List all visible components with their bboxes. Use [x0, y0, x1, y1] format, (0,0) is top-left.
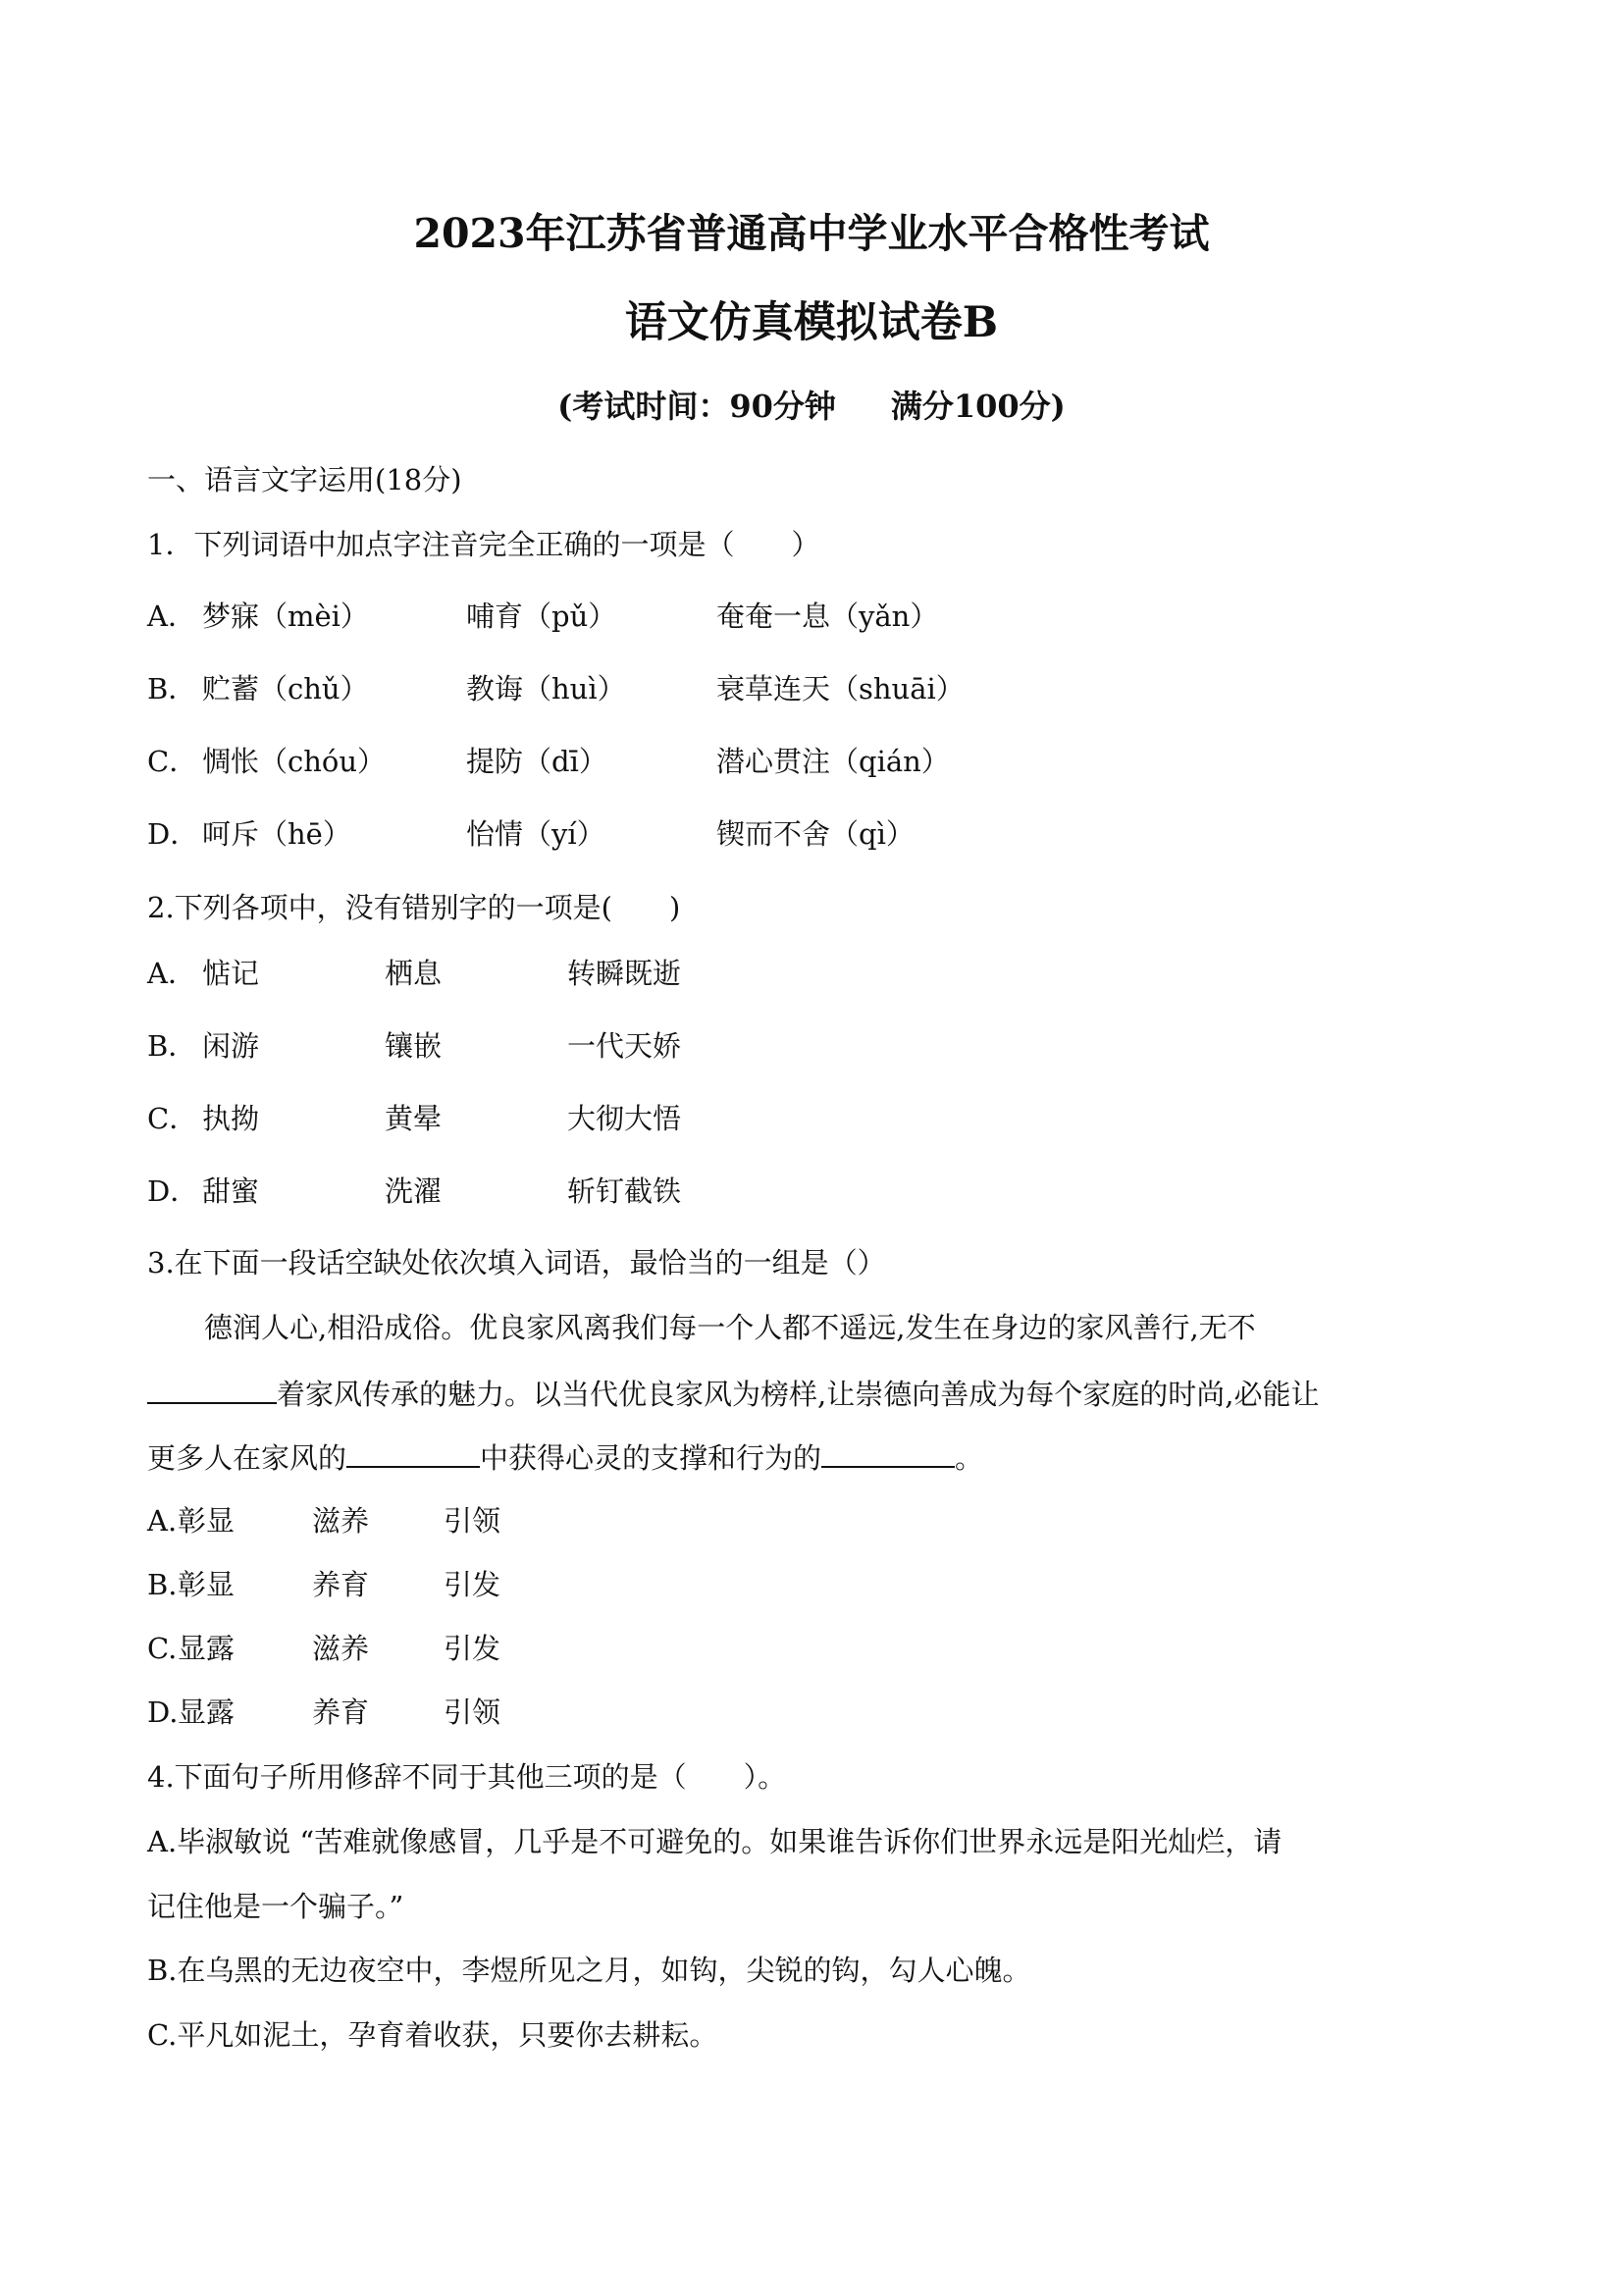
option-item: 贮蓄（chǔ）: [202, 675, 369, 704]
full-score: 满分100分): [891, 388, 1066, 425]
fill-blank-2[interactable]: [346, 1442, 480, 1468]
section-heading: 一、语言文字运用(18分): [147, 466, 462, 495]
option-item: 潜心贯注（qián）: [716, 748, 950, 776]
question-2-option-c: C． 执拗 黄晕 大彻大悟: [147, 1105, 1423, 1136]
option-label: B．: [147, 675, 196, 704]
option-item: 一代天娇: [567, 1032, 681, 1061]
option-label: C．: [147, 1105, 197, 1133]
question-3-passage-line-2: 着家风传承的魅力。以当代优良家风为榜样,让崇德向善成为每个家庭的时尚,必能让: [147, 1379, 1319, 1409]
option-item: 哺育（pǔ）: [466, 602, 616, 631]
exam-title: 2023年江苏省普通高中学业水平合格性考试: [0, 214, 1623, 254]
option-item: 养育: [312, 1698, 369, 1727]
passage-text: 。: [955, 1441, 983, 1475]
option-item: 引发: [444, 1635, 500, 1663]
option-item: 锲而不舍（qì）: [716, 820, 915, 849]
option-label: D．: [147, 820, 198, 849]
question-1-stem: 1．下列词语中加点字注音完全正确的一项是（ ）: [147, 531, 819, 559]
question-3-passage-line-3: 更多人在家风的中获得心灵的支撑和行为的。: [147, 1442, 983, 1473]
fill-blank-3[interactable]: [821, 1442, 955, 1468]
option-item: 栖息: [385, 960, 442, 988]
option-item: 执拗: [202, 1105, 259, 1133]
question-4-option-a-line-1: A.毕淑敏说 “苦难就像感冒，几乎是不可避免的。如果谁告诉你们世界永远是阳光灿烂…: [147, 1828, 1282, 1856]
question-2-stem: 2.下列各项中，没有错别字的一项是( ): [147, 894, 680, 922]
option-label: D．: [147, 1177, 198, 1206]
option-item: 呵斥（hē）: [202, 820, 351, 849]
question-3-option-c: C. 显露 滋养 引发: [147, 1635, 1423, 1666]
question-4-option-a-line-2: 记住他是一个骗子。”: [147, 1893, 403, 1921]
option-item: 彰显: [178, 1507, 235, 1536]
option-item: 衰草连天（shuāi）: [716, 675, 965, 704]
option-item: 引领: [444, 1698, 500, 1727]
question-4-option-b: B.在乌黑的无边夜空中，李煜所见之月，如钩，尖锐的钩，勾人心魄。: [147, 1957, 1031, 1985]
option-item: 斩钉截铁: [567, 1177, 681, 1206]
option-item: 转瞬既逝: [567, 960, 681, 988]
option-item: 显露: [178, 1698, 235, 1727]
option-label: C．: [147, 748, 197, 776]
option-item: 彰显: [178, 1571, 235, 1599]
option-item: 大彻大悟: [567, 1105, 681, 1133]
option-item: 养育: [312, 1571, 369, 1599]
question-1-option-d: D． 呵斥（hē） 怡情（yí） 锲而不舍（qì）: [147, 820, 1423, 852]
option-item: 镶嵌: [385, 1032, 442, 1061]
option-item: 惆怅（chóu）: [202, 748, 386, 776]
option-label: B．: [147, 1032, 196, 1061]
question-3-option-b: B. 彰显 养育 引发: [147, 1571, 1423, 1602]
option-item: 甜蜜: [202, 1177, 259, 1206]
exam-meta: (考试时间：90分钟满分100分): [0, 391, 1623, 422]
question-2-option-d: D． 甜蜜 洗濯 斩钉截铁: [147, 1177, 1423, 1209]
question-1-option-c: C． 惆怅（chóu） 提防（dī） 潜心贯注（qián）: [147, 748, 1423, 779]
option-item: 引领: [444, 1507, 500, 1536]
question-4-stem: 4.下面句子所用修辞不同于其他三项的是（ ）。: [147, 1763, 786, 1792]
question-3-stem: 3.在下面一段话空缺处依次填入词语，最恰当的一组是（）: [147, 1249, 886, 1278]
option-item: 滋养: [312, 1635, 369, 1663]
option-item: 显露: [178, 1635, 235, 1663]
question-2-option-a: A． 惦记 栖息 转瞬既逝: [147, 960, 1423, 991]
question-2-option-b: B． 闲游 镶嵌 一代天娇: [147, 1032, 1423, 1064]
option-item: 教诲（huì）: [466, 675, 626, 704]
passage-text: 更多人在家风的: [147, 1441, 346, 1475]
option-item: 引发: [444, 1571, 500, 1599]
question-3-passage-line-1: 德润人心,相沿成俗。优良家风离我们每一个人都不遥远,发生在身边的家风善行,无不: [147, 1314, 1256, 1342]
option-item: 梦寐（mèi）: [202, 602, 369, 631]
option-item: 洗濯: [385, 1177, 442, 1206]
question-3-option-a: A. 彰显 滋养 引领: [147, 1507, 1423, 1539]
question-4-option-c: C.平凡如泥土，孕育着收获，只要你去耕耘。: [147, 2021, 717, 2050]
passage-text: 中获得心灵的支撑和行为的: [480, 1441, 821, 1475]
option-item: 惦记: [202, 960, 259, 988]
option-item: 提防（dī）: [466, 748, 607, 776]
exam-time: (考试时间：90分钟: [557, 388, 836, 425]
exam-subtitle: 语文仿真模拟试卷B: [0, 302, 1623, 344]
option-item: 闲游: [202, 1032, 259, 1061]
option-label: A.: [147, 1507, 177, 1536]
option-item: 奄奄一息（yǎn）: [716, 602, 938, 631]
option-item: 滋养: [312, 1507, 369, 1536]
option-item: 黄晕: [385, 1105, 442, 1133]
question-1-option-a: A． 梦寐（mèi） 哺育（pǔ） 奄奄一息（yǎn）: [147, 602, 1423, 634]
fill-blank-1[interactable]: [147, 1379, 277, 1404]
question-3-option-d: D. 显露 养育 引领: [147, 1698, 1423, 1730]
option-label: B.: [147, 1571, 178, 1599]
option-label: D.: [147, 1698, 178, 1727]
question-1-option-b: B． 贮蓄（chǔ） 教诲（huì） 衰草连天（shuāi）: [147, 675, 1423, 706]
option-label: C.: [147, 1635, 177, 1663]
passage-text: 着家风传承的魅力。以当代优良家风为榜样,让崇德向善成为每个家庭的时尚,必能让: [277, 1378, 1319, 1411]
option-label: A．: [147, 960, 196, 988]
exam-page: 2023年江苏省普通高中学业水平合格性考试 语文仿真模拟试卷B (考试时间：90…: [0, 0, 1623, 2296]
option-label: A．: [147, 602, 196, 631]
option-item: 怡情（yí）: [466, 820, 605, 849]
